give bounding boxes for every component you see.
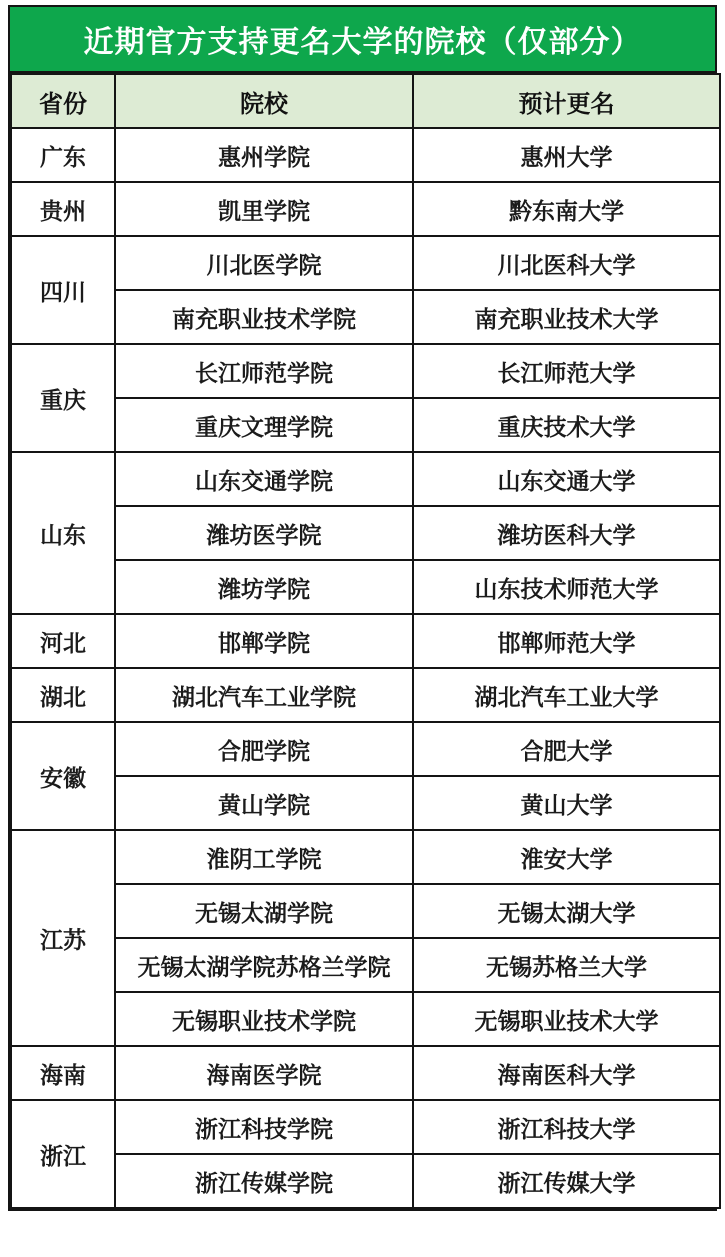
college-cell: 重庆文理学院 [115,398,413,452]
province-cell: 重庆 [11,344,115,452]
province-cell: 广东 [11,128,115,182]
rename-cell: 浙江传媒大学 [413,1154,720,1208]
college-cell: 无锡太湖学院苏格兰学院 [115,938,413,992]
rename-cell: 南充职业技术大学 [413,290,720,344]
rename-cell: 黔东南大学 [413,182,720,236]
college-cell: 浙江传媒学院 [115,1154,413,1208]
table-row: 贵州 凯里学院 黔东南大学 [11,182,720,236]
table-row: 河北 邯郸学院 邯郸师范大学 [11,614,720,668]
rename-cell: 黄山大学 [413,776,720,830]
column-header-rename: 预计更名 [413,74,720,128]
college-cell: 山东交通学院 [115,452,413,506]
college-cell: 海南医学院 [115,1046,413,1100]
table-row: 潍坊学院 山东技术师范大学 [11,560,720,614]
rename-cell: 无锡职业技术大学 [413,992,720,1046]
rename-cell: 浙江科技大学 [413,1100,720,1154]
rename-cell: 重庆技术大学 [413,398,720,452]
table-row: 安徽 合肥学院 合肥大学 [11,722,720,776]
table-row: 重庆 长江师范学院 长江师范大学 [11,344,720,398]
rename-cell: 淮安大学 [413,830,720,884]
province-cell: 海南 [11,1046,115,1100]
college-cell: 惠州学院 [115,128,413,182]
table-row: 无锡太湖学院 无锡太湖大学 [11,884,720,938]
college-cell: 湖北汽车工业学院 [115,668,413,722]
table-row: 广东 惠州学院 惠州大学 [11,128,720,182]
table-row: 浙江 浙江科技学院 浙江科技大学 [11,1100,720,1154]
college-cell: 无锡太湖学院 [115,884,413,938]
table-row: 海南 海南医学院 海南医科大学 [11,1046,720,1100]
table-row: 南充职业技术学院 南充职业技术大学 [11,290,720,344]
rename-cell: 长江师范大学 [413,344,720,398]
column-header-college: 院校 [115,74,413,128]
rename-cell: 海南医科大学 [413,1046,720,1100]
province-cell: 浙江 [11,1100,115,1208]
rename-cell: 惠州大学 [413,128,720,182]
college-cell: 浙江科技学院 [115,1100,413,1154]
table-row: 江苏 淮阴工学院 淮安大学 [11,830,720,884]
college-cell: 潍坊医学院 [115,506,413,560]
province-cell: 安徽 [11,722,115,830]
table-row: 山东 山东交通学院 山东交通大学 [11,452,720,506]
column-header-province: 省份 [11,74,115,128]
college-cell: 潍坊学院 [115,560,413,614]
table-row: 四川 川北医学院 川北医科大学 [11,236,720,290]
rename-cell: 山东交通大学 [413,452,720,506]
college-cell: 淮阴工学院 [115,830,413,884]
college-cell: 长江师范学院 [115,344,413,398]
province-cell: 贵州 [11,182,115,236]
table-title-bar: 近期官方支持更名大学的院校（仅部分） [10,7,715,73]
table-row: 浙江传媒学院 浙江传媒大学 [11,1154,720,1208]
college-cell: 凯里学院 [115,182,413,236]
province-cell: 江苏 [11,830,115,1046]
rename-table-card: 近期官方支持更名大学的院校（仅部分） 省份 院校 预计更名 广东 惠州学院 惠州… [8,5,717,1211]
rename-cell: 无锡苏格兰大学 [413,938,720,992]
college-cell: 合肥学院 [115,722,413,776]
table-row: 黄山学院 黄山大学 [11,776,720,830]
college-cell: 无锡职业技术学院 [115,992,413,1046]
province-cell: 湖北 [11,668,115,722]
college-cell: 邯郸学院 [115,614,413,668]
province-cell: 河北 [11,614,115,668]
table-title: 近期官方支持更名大学的院校（仅部分） [84,17,642,61]
table-row: 无锡太湖学院苏格兰学院 无锡苏格兰大学 [11,938,720,992]
table-row: 重庆文理学院 重庆技术大学 [11,398,720,452]
province-cell: 山东 [11,452,115,614]
college-cell: 南充职业技术学院 [115,290,413,344]
table-row: 无锡职业技术学院 无锡职业技术大学 [11,992,720,1046]
college-cell: 川北医学院 [115,236,413,290]
rename-cell: 山东技术师范大学 [413,560,720,614]
table-row: 潍坊医学院 潍坊医科大学 [11,506,720,560]
rename-cell: 潍坊医科大学 [413,506,720,560]
rename-cell: 湖北汽车工业大学 [413,668,720,722]
table-row: 湖北 湖北汽车工业学院 湖北汽车工业大学 [11,668,720,722]
province-cell: 四川 [11,236,115,344]
column-header-row: 省份 院校 预计更名 [11,74,720,128]
rename-cell: 邯郸师范大学 [413,614,720,668]
rename-cell: 川北医科大学 [413,236,720,290]
college-cell: 黄山学院 [115,776,413,830]
rename-cell: 合肥大学 [413,722,720,776]
rename-cell: 无锡太湖大学 [413,884,720,938]
university-rename-table: 省份 院校 预计更名 广东 惠州学院 惠州大学 贵州 凯里学院 黔东南大学 四川… [10,73,721,1209]
